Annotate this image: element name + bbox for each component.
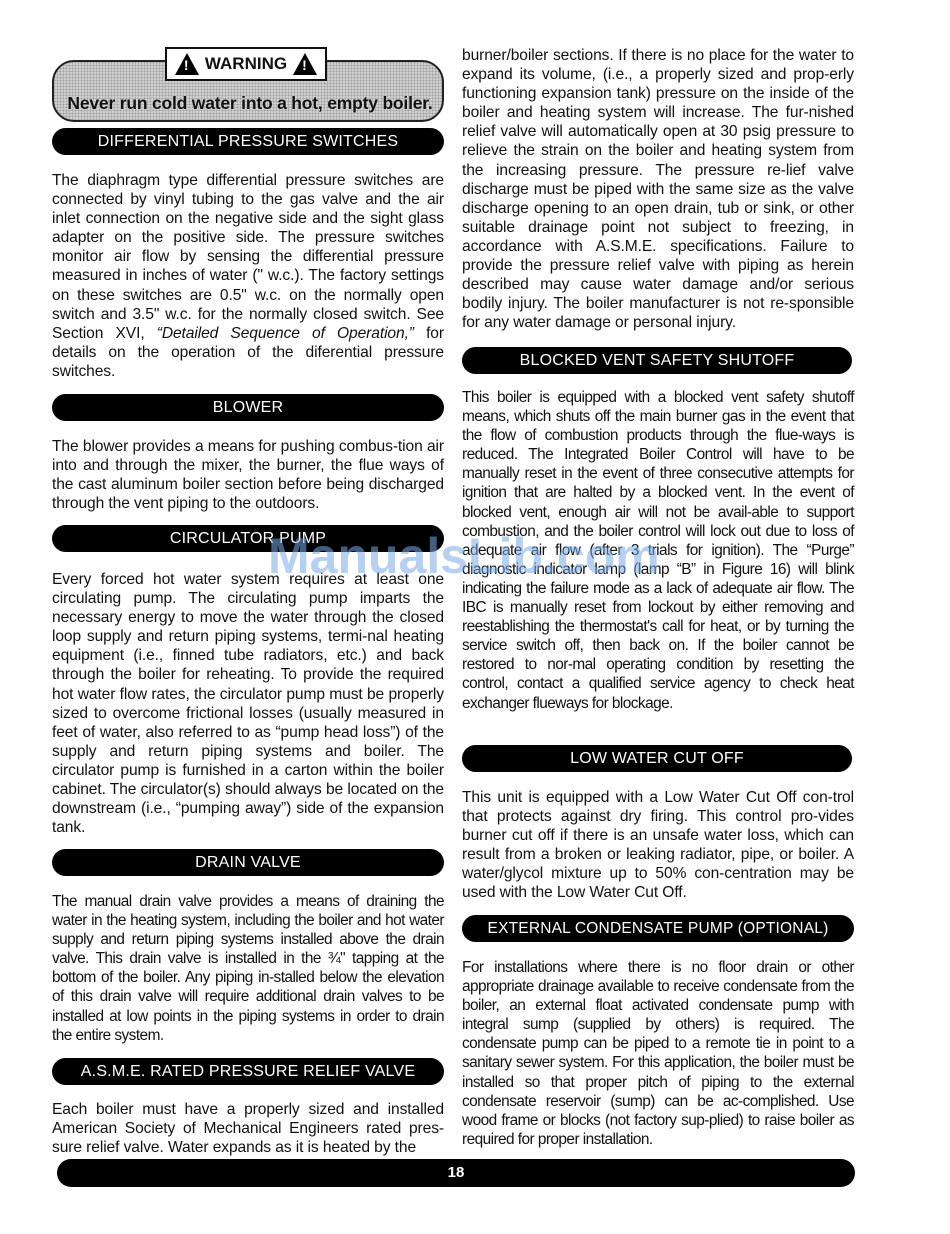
- warning-label-text: WARNING: [205, 54, 287, 74]
- warning-triangle-icon: [293, 53, 317, 75]
- section-body-external-condensate-pump: For installations where there is no floo…: [462, 958, 854, 1149]
- section-body-circulator-pump: Every forced hot water system requires a…: [52, 570, 444, 837]
- warning-triangle-icon: [175, 53, 199, 75]
- section-heading-blocked-vent: BLOCKED VENT SAFETY SHUTOFF: [462, 347, 852, 374]
- section-heading-asme-relief-valve: A.S.M.E. RATED PRESSURE RELIEF VALVE: [52, 1058, 444, 1085]
- page-number-bar: 18: [57, 1159, 855, 1187]
- page-number: 18: [448, 1164, 465, 1181]
- section-body-blocked-vent: This boiler is equipped with a blocked v…: [462, 388, 854, 713]
- body-italic-reference: “Detailed Sequence of Operation,”: [157, 325, 414, 342]
- body-text: The diaphragm type differential pressure…: [52, 172, 444, 342]
- section-body-low-water-cut-off: This unit is equipped with a Low Water C…: [462, 788, 854, 903]
- section-heading-low-water-cut-off: LOW WATER CUT OFF: [462, 745, 852, 772]
- section-heading-blower: BLOWER: [52, 394, 444, 421]
- warning-label: WARNING: [165, 47, 327, 81]
- section-heading-drain-valve: DRAIN VALVE: [52, 849, 444, 876]
- relief-valve-continuation: burner/boiler sections. If there is no p…: [462, 46, 854, 332]
- section-heading-external-condensate-pump: EXTERNAL CONDENSATE PUMP (OPTIONAL): [462, 915, 854, 942]
- section-body-drain-valve: The manual drain valve provides a means …: [52, 892, 444, 1045]
- section-heading-circulator-pump: CIRCULATOR PUMP: [52, 525, 444, 552]
- section-body-blower: The blower provides a means for pushing …: [52, 437, 444, 513]
- section-heading-differential-pressure-switches: DIFFERENTIAL PRESSURE SWITCHES: [52, 128, 444, 155]
- section-body-asme-relief-valve: Each boiler must have a properly sized a…: [52, 1100, 444, 1157]
- section-body-differential-pressure-switches: The diaphragm type differential pressure…: [52, 171, 444, 381]
- warning-message: Never run cold water into a hot, empty b…: [58, 93, 442, 114]
